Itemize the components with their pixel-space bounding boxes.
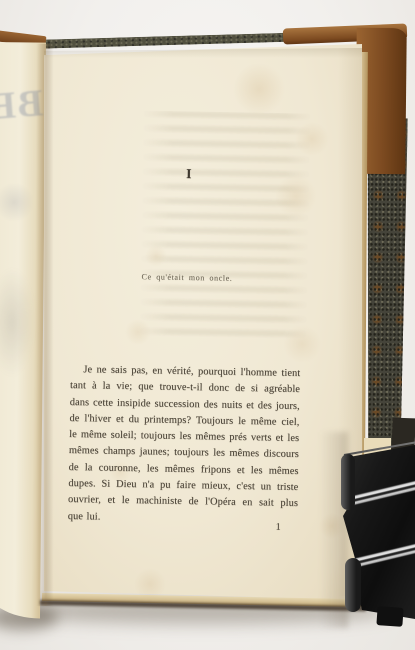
chapter-caption: Ce qu'était mon oncle.	[72, 271, 302, 284]
binder-clip	[336, 418, 415, 650]
clip-lever-top	[341, 454, 355, 510]
show-through-vignette	[0, 267, 36, 377]
printed-text-block: I Ce qu'était mon oncle. Je ne sais pas,…	[67, 161, 304, 551]
chapter-number: I	[74, 164, 304, 184]
clip-lever-bottom	[345, 558, 361, 612]
gutter-fold-shadow	[36, 44, 58, 606]
show-through-blob	[0, 182, 35, 222]
clip-foot	[376, 606, 403, 627]
body-paragraph: Je ne sais pas, en vérité, pourquoi l'ho…	[68, 362, 301, 529]
page-number: 1	[276, 522, 281, 533]
book-photograph: BE I Ce qu'était mon oncle. Je ne sais p…	[0, 0, 415, 650]
